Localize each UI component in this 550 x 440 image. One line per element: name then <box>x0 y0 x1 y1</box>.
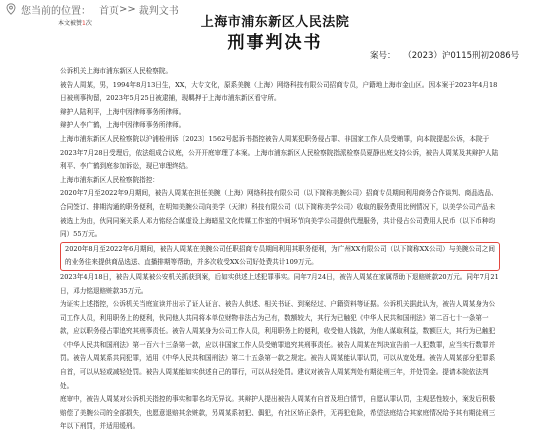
paragraph-procedure: 上海市浦东新区人民检察院以沪浦检刑诉〔2023〕1562号起诉书指控被告人周某犯… <box>60 133 500 174</box>
case-number-value: （2023）沪0115刑初2086号 <box>408 51 520 61</box>
paragraph-charge-embezzlement: 2020年7月至2022年9月期间，被告人周某在担任美腕（上海）网络科技有限公司… <box>60 187 500 241</box>
paragraph-evidence: 为证实上述指控，公诉机关当庭宣读并出示了证人证言、被告人供述、相关书证、到案经过… <box>60 298 500 393</box>
highlighted-paragraph-bribery: 2020年8月至2022年6月期间，被告人周某在美腕公司任职招商专员期间利用其职… <box>60 242 500 271</box>
paragraph-arrest: 2023年4月18日，被告人周某被公安机关抓获到案，后如实供述上述犯罪事实。同年… <box>60 271 500 298</box>
paragraph-defender-1: 辩护人陆利平，上海中因律师事务所律师。 <box>60 106 500 120</box>
paragraph-defense: 庭审中，被告人周某对公诉机关指控的事实和罪名均无异议。其辩护人提出被告人周某有自… <box>60 393 500 434</box>
case-number-label: 案号： <box>370 51 396 61</box>
paragraph-defender-2: 辩护人李广鹤，上海中因律师事务所律师。 <box>60 119 500 133</box>
paragraph-defendant: 被告人周某，男，1994年8月13日生，XX，大专文化，原系美腕（上海）网络科技… <box>60 79 500 106</box>
paragraph-charges-heading: 上海市浦东新区人民检察院指控： <box>60 174 500 188</box>
judgment-body: 公诉机关上海市浦东新区人民检察院。 被告人周某，男，1994年8月13日生，XX… <box>60 65 500 434</box>
paragraph-prosecutor: 公诉机关上海市浦东新区人民检察院。 <box>60 65 500 79</box>
case-number: 案号：（2023）沪0115刑初2086号 <box>370 49 519 61</box>
